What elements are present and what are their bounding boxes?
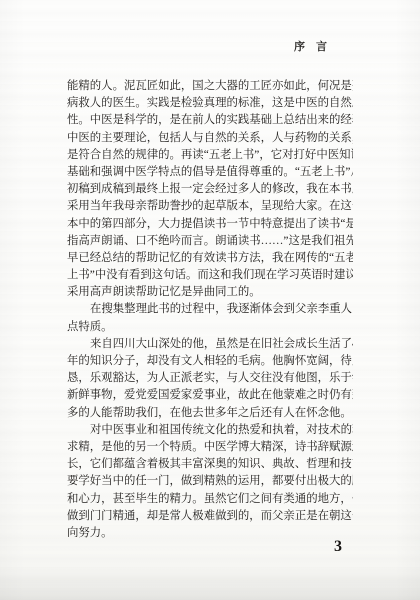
text-line: 中医的主要理论，包括人与自然的关系，人与药物的关系，都 <box>67 130 353 147</box>
text-line: 病救人的医生。实践是检验真理的标准，这是中医的自然属 <box>67 95 353 112</box>
text-line: 在搜集整理此书的过程中，我逐渐体会到父亲李重人的两 <box>67 301 353 318</box>
text-line: 能精的人。泥瓦匠如此，国之大器的工匠亦如此，何况是要治 <box>67 78 353 95</box>
text-line: 基础和强调中医学特点的倡导是值得尊重的。“五老上书”从 <box>67 164 353 181</box>
text-line: 做到门门精通，却是常人极难做到的，而父亲正是在朝这个方 <box>67 508 353 525</box>
text-line: 是符合自然的规律的。再读“五老上书”，它对打好中医知识 <box>67 147 353 164</box>
body-text: 能精的人。泥瓦匠如此，国之大器的工匠亦如此，何况是要治病救人的医生。实践是检验真… <box>67 78 353 542</box>
text-line: 和心力，甚至毕生的精力。虽然它们之间有类通的地方，但要 <box>67 491 353 508</box>
text-line: 采用当年我母亲帮助誊抄的起草版本，呈现给大家。在这一版 <box>67 198 353 215</box>
text-line: 向努力。 <box>67 525 353 542</box>
text-line: 对中医事业和祖国传统文化的热爱和执着，对技术的精益 <box>67 422 353 439</box>
text-line: 点特质。 <box>67 319 353 336</box>
text-line: 恳，乐观豁达，为人正派老实，与人交往没有他图，乐于学习 <box>67 370 353 387</box>
text-line: 新鲜事物，爱党爱国爱家爱事业，故此在他蒙难之时仍有那么 <box>67 387 353 404</box>
text-line: 求精，是他的另一个特质。中医学博大精深，诗书辞赋源远流 <box>67 439 353 456</box>
text-line: 初稿到成稿到最终上报一定会经过多人的修改，我在本书后面 <box>67 181 353 198</box>
text-line: 本中的第四部分，大力提倡读书一节中特意提出了读书“是 <box>67 216 353 233</box>
page-number: 3 <box>334 537 342 557</box>
text-line: 年的知识分子，却没有文人相轻的毛病。他胸怀宽阔，待人诚 <box>67 353 353 370</box>
text-line: 多的人能帮助我们，在他去世多年之后还有人在怀念他。 <box>67 405 353 422</box>
text-line: 要学好当中的任一门，做到精熟的运用，都要付出极大的脑力 <box>67 473 353 490</box>
text-line: 采用高声朗读帮助记忆是异曲同工的。 <box>67 284 353 301</box>
text-line: 来自四川大山深处的他，虽然是在旧社会成长生活了40 <box>67 336 353 353</box>
text-line: 上书”中没有看到这句话。而这和我们现在学习英语时建议 <box>67 267 353 284</box>
text-line: 指高声朗诵、口不绝吟而言。朗诵读书……”这是我们祖先 <box>67 233 353 250</box>
text-line: 长，它们都蕴含着极其丰富深奥的知识、典故、哲理和技艺， <box>67 456 353 473</box>
book-page: 序 言 能精的人。泥瓦匠如此，国之大器的工匠亦如此，何况是要治病救人的医生。实践… <box>0 0 420 600</box>
text-line: 早已经总结的帮助记忆的有效读书方法，我在网传的“五老 <box>67 250 353 267</box>
text-line: 性。中医是科学的，是在前人的实践基础上总结出来的经验。 <box>67 112 353 129</box>
running-header: 序 言 <box>294 40 327 54</box>
